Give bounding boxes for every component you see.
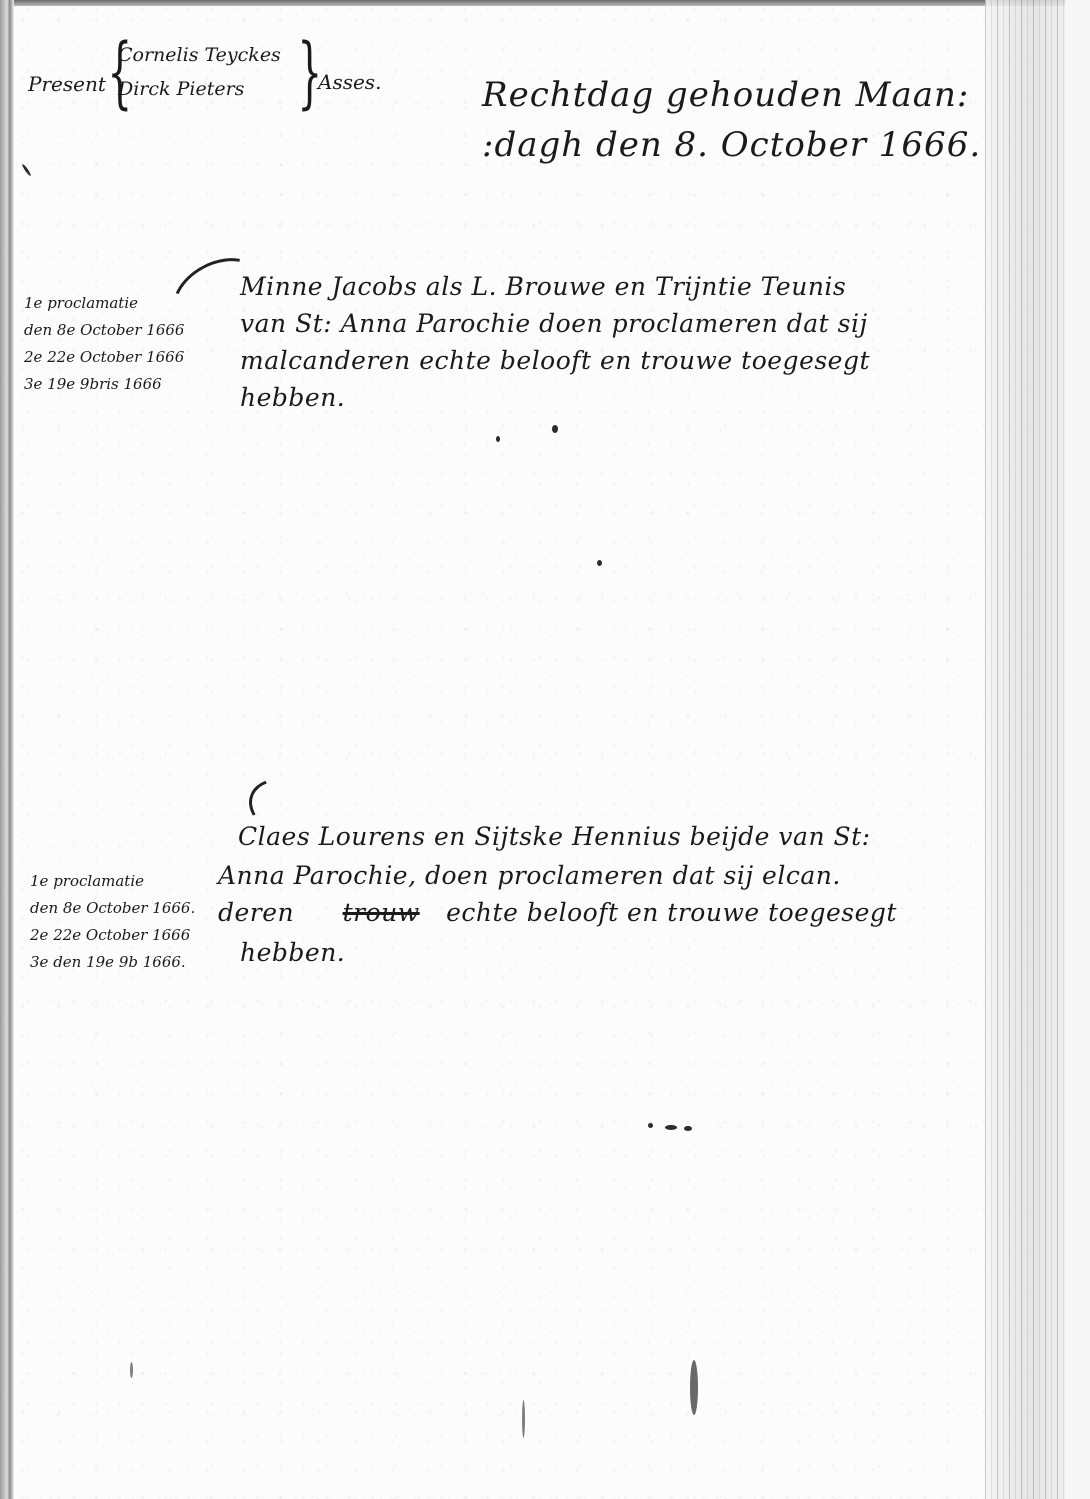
entry-2-text: Claes Lourens en Sijtske Hennius beijde … xyxy=(238,818,871,855)
margin-note: 2e 22e October 1666 xyxy=(24,344,184,371)
entry-line: malcanderen echte belooft en trouwe toeg… xyxy=(240,342,870,379)
margin-note: 2e 22e October 1666 xyxy=(30,922,195,949)
entry-word: deren xyxy=(218,898,294,927)
margin-note: 3e 19e 9bris 1666 xyxy=(24,371,184,398)
margin-note: den 8e October 1666. xyxy=(30,895,195,922)
speck xyxy=(130,1362,133,1378)
struck-word: trouw xyxy=(343,898,420,927)
speck xyxy=(684,1126,692,1131)
entry-word: echte belooft en trouwe toegesegt xyxy=(446,898,897,927)
margin-note: 3e den 19e 9b 1666. xyxy=(30,949,195,976)
assessors-label: Asses. xyxy=(318,70,381,94)
speck xyxy=(552,425,558,433)
entry-line: Minne Jacobs als L. Brouwe en Trijntie T… xyxy=(240,268,870,305)
margin-note: 1e proclamatie xyxy=(30,868,195,895)
scanned-register-page: Present { Cornelis Teyckes Dirck Pieters… xyxy=(0,0,1090,1499)
title-line: Rechtdag gehouden Maan: xyxy=(482,70,981,120)
speck xyxy=(597,560,602,566)
present-name: Cornelis Teyckes xyxy=(118,38,281,72)
present-names: Cornelis Teyckes Dirck Pieters xyxy=(118,38,281,106)
entry-line: Claes Lourens en Sijtske Hennius beijde … xyxy=(238,818,871,855)
entry-line: Anna Parochie, doen proclameren dat sij … xyxy=(218,857,897,894)
entry-line: van St: Anna Parochie doen proclameren d… xyxy=(240,305,870,342)
speck xyxy=(522,1400,525,1438)
speck xyxy=(648,1123,653,1128)
entry-1-margin-notes: 1e proclamatie den 8e October 1666 2e 22… xyxy=(24,290,184,398)
speck xyxy=(665,1125,677,1130)
present-label: Present xyxy=(28,72,106,96)
entry-1-text: Minne Jacobs als L. Brouwe en Trijntie T… xyxy=(240,268,870,416)
page-top-edge xyxy=(0,0,1090,6)
margin-note: 1e proclamatie xyxy=(24,290,184,317)
entry-line: deren trouw echte belooft en trouwe toeg… xyxy=(218,894,897,931)
speck xyxy=(690,1360,698,1415)
page-title: Rechtdag gehouden Maan: :dagh den 8. Oct… xyxy=(482,70,981,170)
present-name: Dirck Pieters xyxy=(118,72,281,106)
speck xyxy=(496,436,500,442)
entry-2-closing: hebben. xyxy=(240,934,345,971)
book-gutter xyxy=(985,0,1065,1499)
title-line: :dagh den 8. October 1666. xyxy=(482,120,981,170)
page-right-edge xyxy=(1065,0,1090,1499)
margin-note: den 8e October 1666 xyxy=(24,317,184,344)
entry-2-margin-notes: 1e proclamatie den 8e October 1666. 2e 2… xyxy=(30,868,195,976)
entry-line: hebben. xyxy=(240,379,870,416)
speck xyxy=(21,163,31,176)
entry-2-text-cont: Anna Parochie, doen proclameren dat sij … xyxy=(218,857,897,931)
page-left-edge xyxy=(0,0,14,1499)
